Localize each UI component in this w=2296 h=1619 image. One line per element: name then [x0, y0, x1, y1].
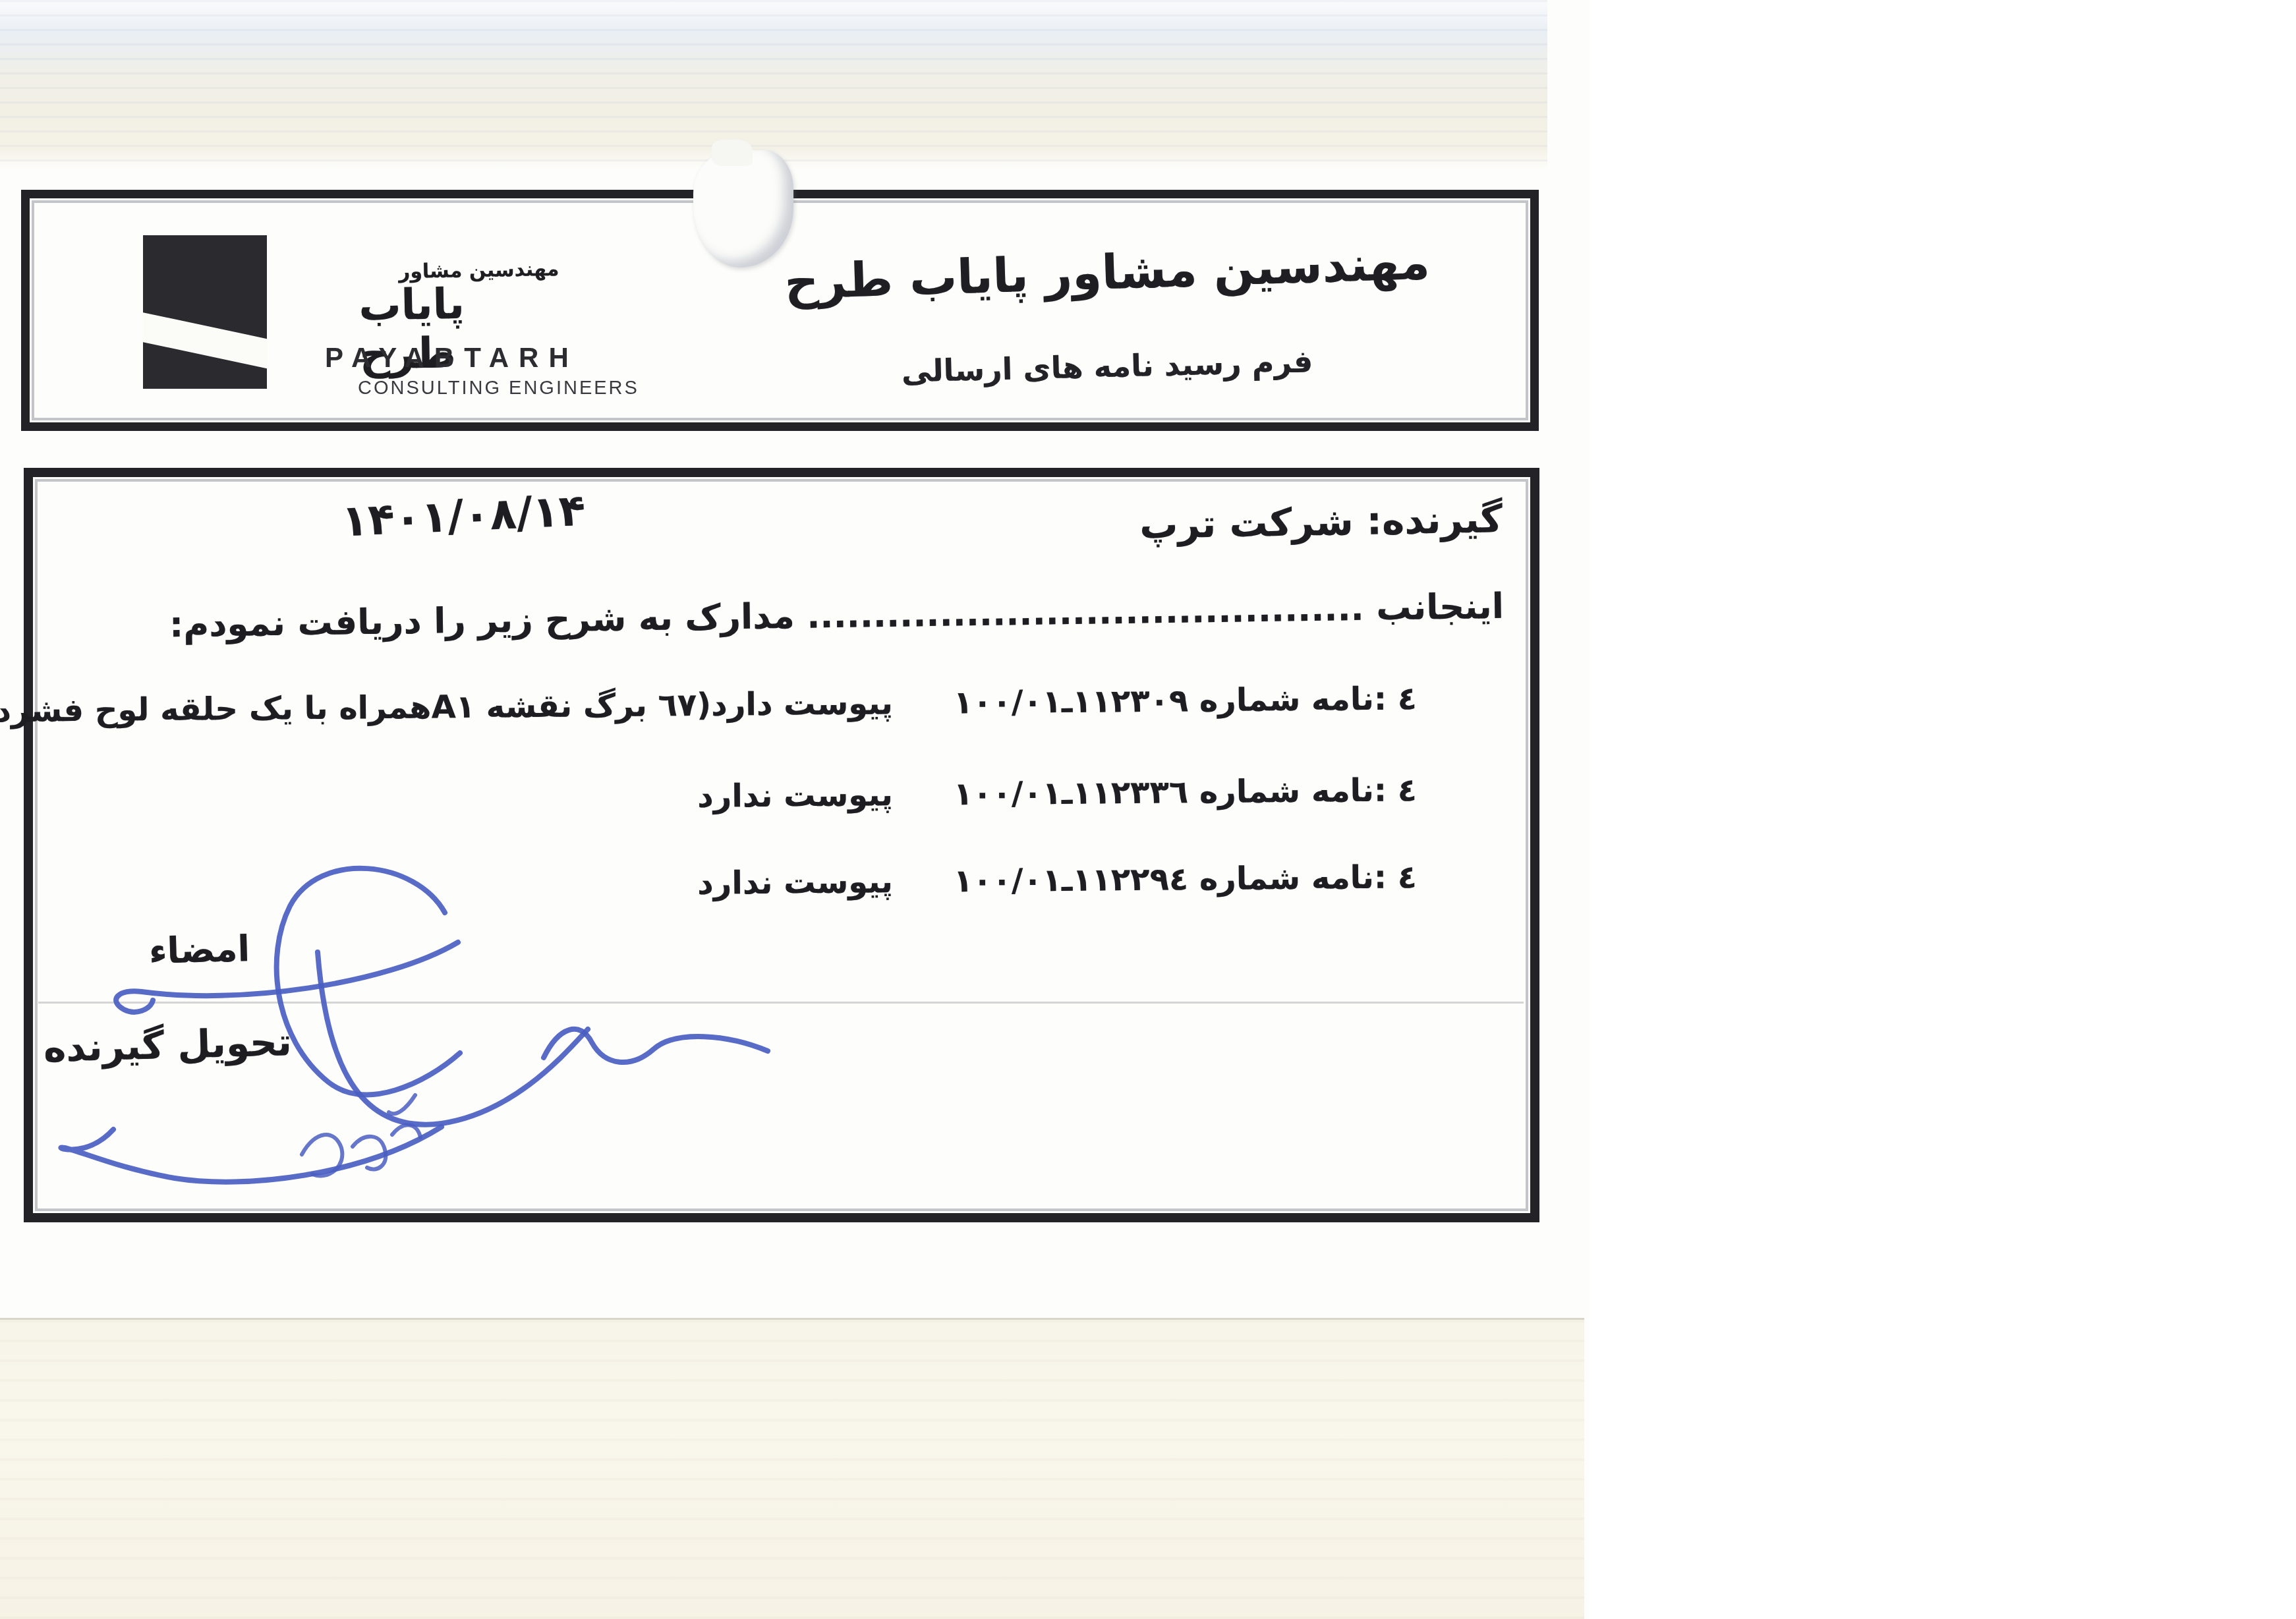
- letter-row: ٤ :نامه شماره ۱۱۲۳۰۹ـ۱۰۰/۰۱ پیوست دارد(٦…: [0, 680, 1417, 729]
- letter-attachment-note: پیوست دارد(٦٧ برگ نقشه A۱همراه با یک حلق…: [0, 685, 893, 729]
- undersigned-suffix: مدارک به شرح زیر را دریافت نمودم:: [169, 596, 795, 645]
- receipt-date: ۱۴۰۱/۰۸/۱۴: [340, 485, 587, 547]
- scanned-page: مهندسین مشاور پایاب طرح PAYABTARH CONSUL…: [0, 0, 2296, 1619]
- undersigned-prefix: اینجانب: [1376, 586, 1505, 629]
- form-subtitle: فرم رسید نامه های ارسالی: [793, 341, 1420, 391]
- recipient-line: گیرنده: شرکت ترپ: [1139, 496, 1503, 548]
- letter-number: ٤ :نامه شماره ۱۱۲۳۳٦ـ۱۰۰/۰۱: [954, 772, 1418, 812]
- logo-diagonal-stripe: [143, 310, 267, 373]
- form-title: مهندسین مشاور پایاب طرح: [728, 233, 1487, 312]
- letter-number: ٤ :نامه شماره ۱۱۲۳۰۹ـ۱۰۰/۰۱: [954, 680, 1418, 721]
- scanned-paper: مهندسین مشاور پایاب طرح PAYABTARH CONSUL…: [0, 0, 1590, 1619]
- undersigned-line: اینجانب ................................…: [169, 586, 1505, 645]
- letter-attachment-note: پیوست ندارد: [697, 776, 893, 815]
- logo-latin-name: PAYABTARH: [325, 342, 579, 374]
- letter-row: ٤ :نامه شماره ۱۱۲۳۳٦ـ۱۰۰/۰۱ پیوست ندارد: [697, 772, 1417, 815]
- handwritten-signature: [20, 850, 811, 1193]
- company-logo-icon: [143, 235, 267, 389]
- dotted-blank: ........................................…: [807, 588, 1364, 637]
- scan-top-band: [0, 0, 1547, 169]
- logo-latin-subtitle: CONSULTING ENGINEERS: [358, 378, 639, 399]
- scan-bottom-band: [0, 1318, 1584, 1619]
- letter-number: ٤ :نامه شماره ۱۱۲۲۹٤ـ۱۰۰/۰۱: [954, 859, 1418, 899]
